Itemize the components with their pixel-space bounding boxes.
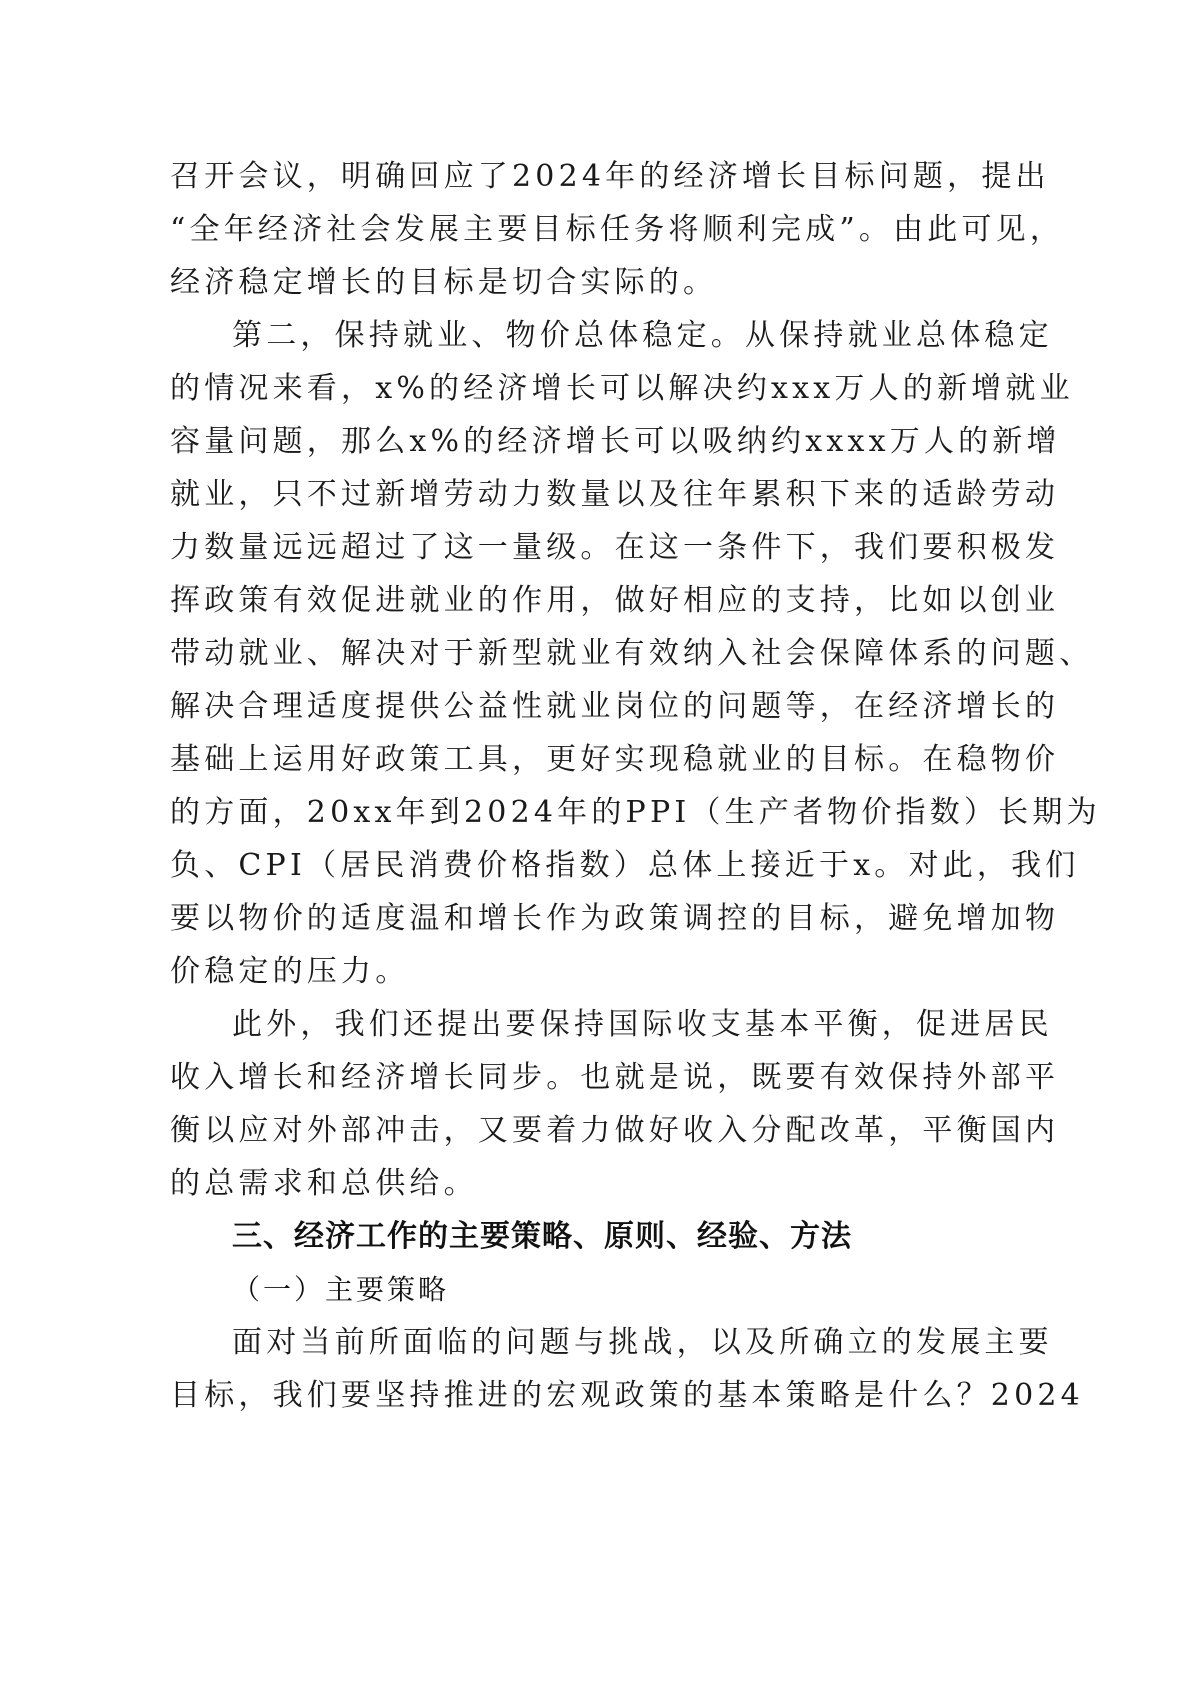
paragraph-line: 召开会议，明确回应了2024年的经济增长目标问题，提出 <box>170 150 1008 203</box>
paragraph-first-line: 面对当前所面临的问题与挑战，以及所确立的发展主要 <box>170 1316 1008 1369</box>
paragraph-line: 容量问题，那么x%的经济增长可以吸纳约xxxx万人的新增 <box>170 415 1008 468</box>
paragraph-line: 负、CPI（居民消费价格指数）总体上接近于x。对此，我们 <box>170 839 1008 892</box>
paragraph-line: “全年经济社会发展主要目标任务将顺利完成”。由此可见， <box>170 203 1008 256</box>
document-page: 召开会议，明确回应了2024年的经济增长目标问题，提出 “全年经济社会发展主要目… <box>0 0 1190 1683</box>
subsection-heading: （一）主要策略 <box>170 1263 1008 1316</box>
paragraph-line: 目标，我们要坚持推进的宏观政策的基本策略是什么？2024 <box>170 1369 1008 1422</box>
paragraph-line: 的情况来看，x%的经济增长可以解决约xxx万人的新增就业 <box>170 362 1008 415</box>
paragraph-line: 的方面，20xx年到2024年的PPI（生产者物价指数）长期为 <box>170 786 1008 839</box>
paragraph-line: 经济稳定增长的目标是切合实际的。 <box>170 256 1008 309</box>
paragraph-line: 价稳定的压力。 <box>170 945 1008 998</box>
paragraph-line: 衡以应对外部冲击，又要着力做好收入分配改革，平衡国内 <box>170 1104 1008 1157</box>
paragraph-first-line: 此外，我们还提出要保持国际收支基本平衡，促进居民 <box>170 998 1008 1051</box>
paragraph-line: 收入增长和经济增长同步。也就是说，既要有效保持外部平 <box>170 1051 1008 1104</box>
paragraph-line: 解决合理适度提供公益性就业岗位的问题等，在经济增长的 <box>170 680 1008 733</box>
paragraph-line: 基础上运用好政策工具，更好实现稳就业的目标。在稳物价 <box>170 733 1008 786</box>
paragraph-first-line: 第二，保持就业、物价总体稳定。从保持就业总体稳定 <box>170 309 1008 362</box>
document-body: 召开会议，明确回应了2024年的经济增长目标问题，提出 “全年经济社会发展主要目… <box>170 150 1008 1422</box>
paragraph-line: 力数量远远超过了这一量级。在这一条件下，我们要积极发 <box>170 521 1008 574</box>
paragraph-line: 就业，只不过新增劳动力数量以及往年累积下来的适龄劳动 <box>170 468 1008 521</box>
paragraph-line: 带动就业、解决对于新型就业有效纳入社会保障体系的问题、 <box>170 627 1008 680</box>
paragraph-line: 的总需求和总供给。 <box>170 1157 1008 1210</box>
paragraph-line: 要以物价的适度温和增长作为政策调控的目标，避免增加物 <box>170 892 1008 945</box>
section-heading: 三、经济工作的主要策略、原则、经验、方法 <box>170 1210 1008 1263</box>
paragraph-line: 挥政策有效促进就业的作用，做好相应的支持，比如以创业 <box>170 574 1008 627</box>
